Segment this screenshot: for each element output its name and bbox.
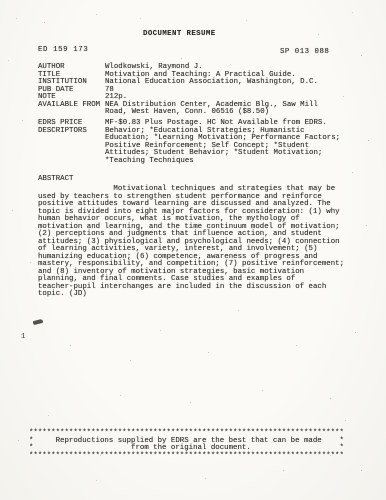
field-value-institution: National Education Association, Washingt… xyxy=(105,79,318,87)
bibliographic-fields: AUTHOR Wlodkowski, Raymond J. TITLE Moti… xyxy=(38,64,318,117)
reproduction-notice: ****************************************… xyxy=(29,430,344,460)
field-institution: INSTITUTION National Education Associati… xyxy=(38,79,318,87)
abstract-text: Motivational techniques and strategies t… xyxy=(38,186,344,299)
document-page: DOCUMENT RESUME ED 159 173 SP 013 088 AU… xyxy=(0,0,386,500)
eric-fields: EDRS PRICE MF-$0.83 Plus Postage. HC Not… xyxy=(38,120,340,165)
field-descriptors: DESCRIPTORS Behavior; *Educational Strat… xyxy=(38,128,340,166)
field-value-available-from: NEA Distribution Center, Academic Blg., … xyxy=(105,102,318,117)
field-available-from: AVAILABLE FROM NEA Distribution Center, … xyxy=(38,102,318,117)
ink-smudge xyxy=(33,319,44,325)
clearinghouse-number: SP 013 088 xyxy=(280,49,329,57)
field-label-available-from: AVAILABLE FROM xyxy=(38,102,105,110)
scan-noise xyxy=(0,0,1,1)
document-resume-title: DOCUMENT RESUME xyxy=(143,31,216,39)
field-value-descriptors: Behavior; *Educational Strategies; Human… xyxy=(105,128,340,166)
page-number: 1 xyxy=(21,334,25,342)
reproduction-notice-bottom-border: ****************************************… xyxy=(29,452,344,460)
ed-number: ED 159 173 xyxy=(38,47,88,55)
field-pub-date: PUB DATE 78 xyxy=(38,87,318,95)
field-label-descriptors: DESCRIPTORS xyxy=(38,128,105,136)
abstract-label: ABSTRACT xyxy=(38,176,73,184)
